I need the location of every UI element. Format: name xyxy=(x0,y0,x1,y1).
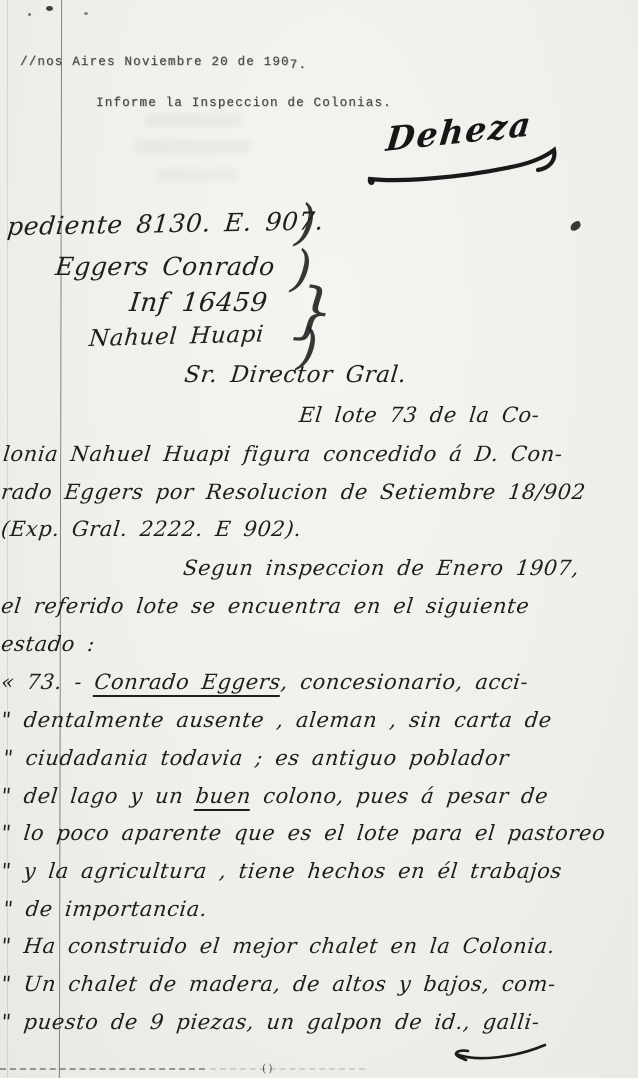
line-start: " del lago y un xyxy=(0,784,197,808)
underlined-word: buen xyxy=(194,784,252,811)
scanned-document-page: //nos Aires Noviembre 20 de 1907. Inform… xyxy=(0,0,638,1078)
page-number-mark: () xyxy=(262,1062,275,1075)
handwritten-line: " dentalmente ausente , aleman , sin car… xyxy=(0,708,553,732)
ink-speck xyxy=(46,6,53,11)
handwritten-line: " Un chalet de madera, de altos y bajos,… xyxy=(0,972,557,996)
handwritten-line: " Ha construido el mejor chalet en la Co… xyxy=(0,934,556,958)
ink-speck xyxy=(28,13,31,16)
handwritten-case-line: Nahuel Huapi xyxy=(88,321,265,352)
bottom-dashed-rule-faint xyxy=(210,1068,365,1070)
typed-subject-line: Informe la Inspeccion de Colonias. xyxy=(96,96,392,110)
handwritten-case-line: Inf 16459 xyxy=(128,288,269,318)
stamp-smudge xyxy=(157,168,237,181)
line-continuation: colono, pues á pesar de xyxy=(250,784,550,808)
handwritten-case-line: Eggers Conrado xyxy=(54,252,276,281)
handwritten-line: " lo poco aparente que es el lote para e… xyxy=(0,821,607,845)
handwritten-line: Segun inspeccion de Enero 1907, xyxy=(182,556,580,580)
underlined-name: Conrado Eggers xyxy=(93,670,282,697)
quote-open-and-lot-number: « 73. - xyxy=(0,670,96,694)
handwritten-line: El lote 73 de la Co- xyxy=(298,403,541,427)
typed-date-suffix: 7. xyxy=(290,58,307,72)
line-continuation: , concesionario, acci- xyxy=(280,670,530,694)
handwritten-line: " de importancia. xyxy=(2,897,209,921)
typed-date-line: //nos Aires Noviembre 20 de 1907. xyxy=(20,55,307,69)
handwritten-line: lonia Nahuel Huapi figura concedido á D.… xyxy=(2,442,564,466)
stamp-smudge xyxy=(145,114,240,127)
signature-underline-flourish xyxy=(366,146,561,191)
stamp-smudge xyxy=(135,140,250,154)
handwritten-line: estado : xyxy=(0,632,96,656)
handwritten-line: " ciudadania todavia ; es antiguo poblad… xyxy=(2,746,510,770)
handwritten-case-line: pediente 8130. E. 907. xyxy=(6,206,325,241)
handwritten-line: " del lago y un buen colono, pues á pesa… xyxy=(0,784,549,808)
salutation-line: Sr. Director Gral. xyxy=(183,362,408,388)
bottom-dashed-rule xyxy=(0,1068,205,1070)
ink-blot xyxy=(569,220,582,232)
typed-date-text: //nos Aires Noviembre 20 de 190 xyxy=(20,55,290,69)
end-flourish xyxy=(452,1042,547,1066)
handwritten-line: « 73. - Conrado Eggers, concesionario, a… xyxy=(0,670,530,694)
handwritten-line: (Exp. Gral. 2222. E 902). xyxy=(0,517,303,541)
faint-stamp xyxy=(135,110,260,192)
handwritten-line: rado Eggers por Resolucion de Setiembre … xyxy=(0,480,587,504)
handwritten-line: " puesto de 9 piezas, un galpon de id., … xyxy=(0,1010,541,1034)
ink-speck xyxy=(84,12,88,15)
handwritten-line: " y la agricultura , tiene hechos en él … xyxy=(0,859,563,883)
handwritten-line: el referido lote se encuentra en el sigu… xyxy=(0,594,531,618)
